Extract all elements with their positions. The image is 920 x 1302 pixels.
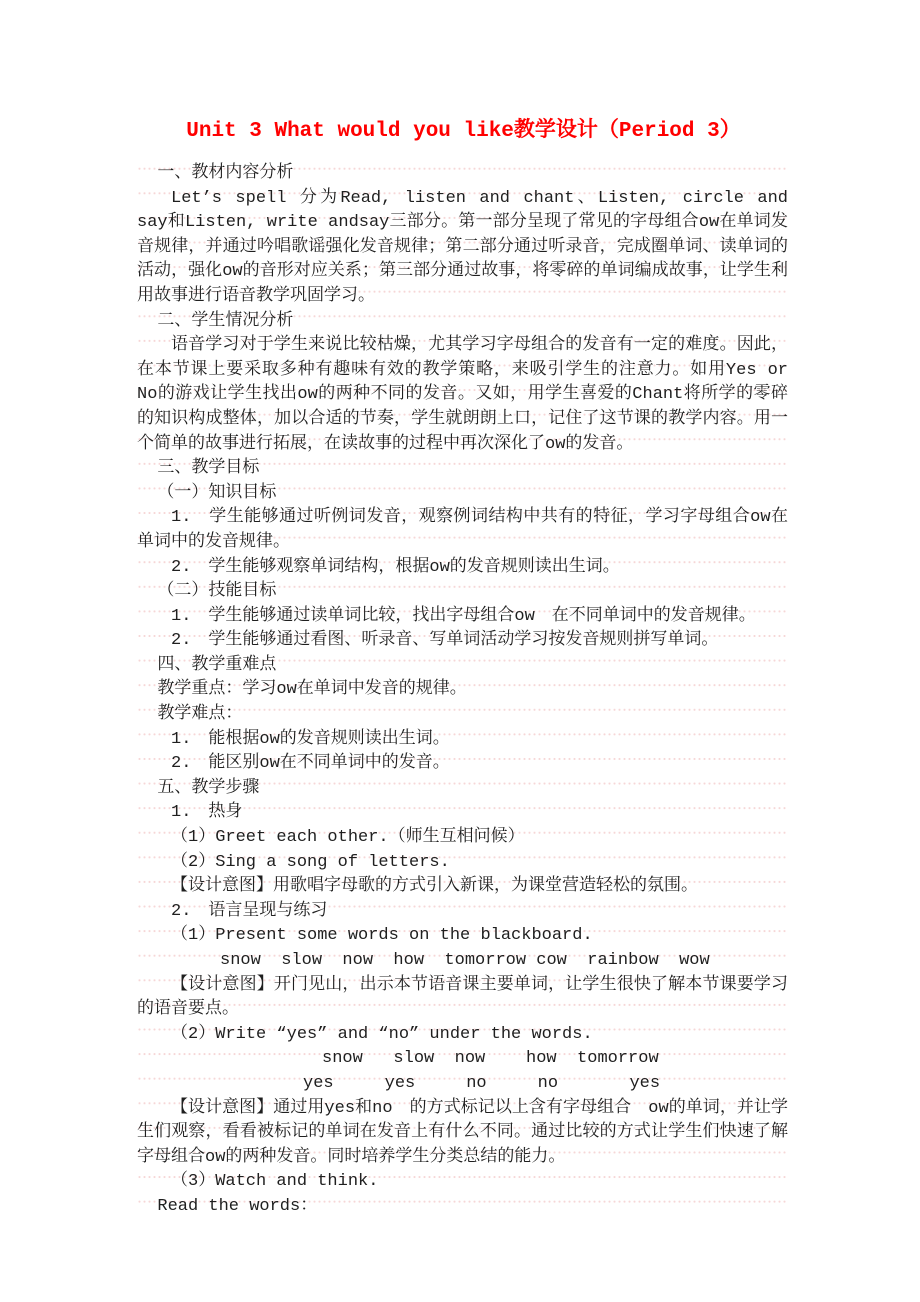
paragraph-student-analysis: 语音学习对于学生来说比较枯燥，尤其学习字母组合的发音有一定的难度。因此，在本节课…: [137, 334, 788, 457]
paragraph-material-analysis: Let’s spell 分为Read, listen and chant、Lis…: [137, 187, 788, 310]
document-page: Unit 3 What would you like教学设计（Period 3）…: [0, 0, 920, 1302]
section-heading-material-analysis: 一、教材内容分析: [137, 162, 788, 187]
section-heading-teaching-goals: 三、教学目标: [137, 457, 788, 482]
marked-labels-line: yes yes no no yes: [137, 1072, 788, 1097]
design-intent-warmup: 【设计意图】用歌唱字母歌的方式引入新课，为课堂营造轻松的氛围。: [137, 875, 788, 900]
section-heading-teaching-steps: 五、教学步骤: [137, 777, 788, 802]
subheading-knowledge-goals: （一）知识目标: [137, 482, 788, 507]
knowledge-goal-item-1: 1. 学生能够通过听例词发音，观察例词结构中共有的特征，学习字母组合ow在单词中…: [137, 506, 788, 555]
warmup-item-greet: （1）Greet each other.（师生互相问候）: [137, 826, 788, 851]
teaching-key-point: 教学重点：学习ow在单词中发音的规律。: [137, 678, 788, 703]
presentation-item-present-words: （1）Present some words on the blackboard.: [137, 924, 788, 949]
step-presentation-heading: 2. 语言呈现与练习: [137, 900, 788, 925]
design-intent-yes-no-marking: 【设计意图】通过用yes和no 的方式标记以上含有字母组合 ow的单词，并让学生…: [137, 1097, 788, 1171]
presentation-item-watch-think: （3）Watch and think.: [137, 1170, 788, 1195]
teaching-difficult-point-label: 教学难点：: [137, 703, 788, 728]
warmup-item-sing: （2）Sing a song of letters.: [137, 851, 788, 876]
presentation-item-write-yes-no: （2）Write “yes” and “no” under the words.: [137, 1023, 788, 1048]
section-heading-student-analysis: 二、学生情况分析: [137, 310, 788, 335]
blackboard-words-line: snow slow now how tomorrow cow rainbow w…: [137, 949, 788, 974]
skill-goal-item-2: 2. 学生能够通过看图、听录音、写单词活动学习按发音规则拼写单词。: [137, 629, 788, 654]
read-the-words-label: Read the words：: [137, 1195, 788, 1220]
document-body: 一、教材内容分析 Let’s spell 分为Read, listen and …: [137, 162, 788, 1220]
step-warmup-heading: 1. 热身: [137, 801, 788, 826]
skill-goal-item-1: 1. 学生能够通过读单词比较，找出字母组合ow 在不同单词中的发音规律。: [137, 605, 788, 630]
subheading-skill-goals: （二）技能目标: [137, 580, 788, 605]
difficult-point-item-2: 2. 能区别ow在不同单词中的发音。: [137, 752, 788, 777]
document-title: Unit 3 What would you like教学设计（Period 3）: [137, 114, 790, 150]
design-intent-present-words: 【设计意图】开门见山，出示本节语音课主要单词，让学生很快了解本节课要学习的语音要…: [137, 974, 788, 1023]
difficult-point-item-1: 1. 能根据ow的发音规则读出生词。: [137, 728, 788, 753]
section-heading-key-difficult-points: 四、教学重难点: [137, 654, 788, 679]
knowledge-goal-item-2: 2. 学生能够观察单词结构，根据ow的发音规则读出生词。: [137, 556, 788, 581]
marked-words-line: snow slow now how tomorrow: [137, 1047, 788, 1072]
